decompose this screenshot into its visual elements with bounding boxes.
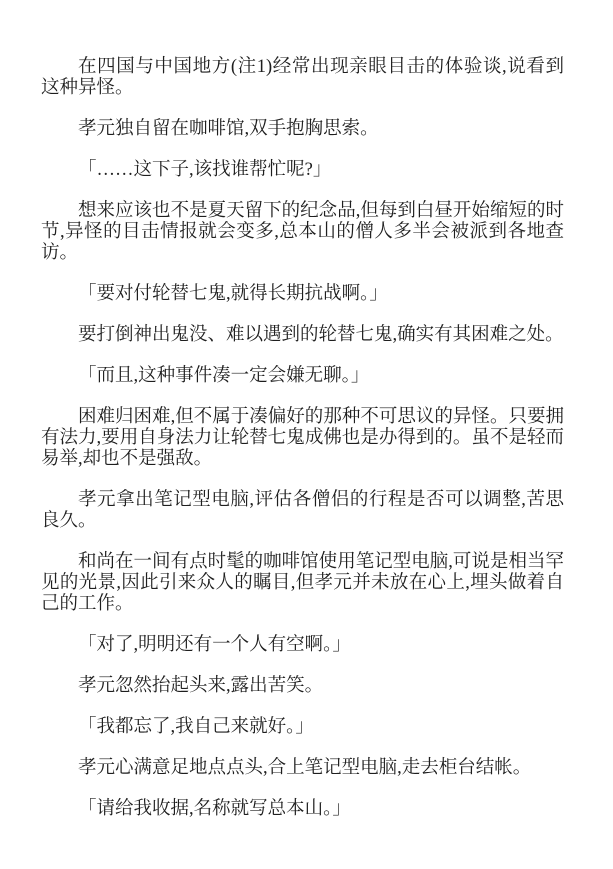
paragraph: 要打倒神出鬼没、难以遇到的轮替七鬼,确实有其困难之处。 [41,325,564,346]
paragraph-dialogue: 「要对付轮替七鬼,就得长期抗战啊。」 [41,284,564,305]
text-content: 在四国与中国地方(注1)经常出现亲眼目击的体验谈,说看到这种异怪。 孝元独自留在… [41,57,564,820]
paragraph: 孝元心满意足地点点头,合上笔记型电脑,走去柜台结帐。 [41,758,564,779]
paragraph-dialogue: 「对了,明明还有一个人有空啊。」 [41,635,564,656]
paragraph: 和尚在一间有点时髦的咖啡馆使用笔记型电脑,可说是相当罕见的光景,因此引来众人的瞩… [41,552,564,615]
paragraph: 孝元独自留在咖啡馆,双手抱胸思索。 [41,119,564,140]
paragraph: 在四国与中国地方(注1)经常出现亲眼目击的体验谈,说看到这种异怪。 [41,57,564,99]
paragraph-dialogue: 「……这下子,该找谁帮忙呢?」 [41,160,564,181]
paragraph-dialogue: 「我都忘了,我自己来就好。」 [41,717,564,738]
paragraph: 孝元忽然抬起头来,露出苦笑。 [41,676,564,697]
paragraph: 想来应该也不是夏天留下的纪念品,但每到白昼开始缩短的时节,异怪的目击情报就会变多… [41,201,564,264]
paragraph: 困难归困难,但不属于凑偏好的那种不可思议的异怪。只要拥有法力,要用自身法力让轮替… [41,407,564,470]
paragraph-dialogue: 「请给我收据,名称就写总本山。」 [41,799,564,820]
paragraph-dialogue: 「而且,这种事件凑一定会嫌无聊。」 [41,366,564,387]
document-page: 在四国与中国地方(注1)经常出现亲眼目击的体验谈,说看到这种异怪。 孝元独自留在… [0,0,613,869]
paragraph: 孝元拿出笔记型电脑,评估各僧侣的行程是否可以调整,苦思良久。 [41,490,564,532]
